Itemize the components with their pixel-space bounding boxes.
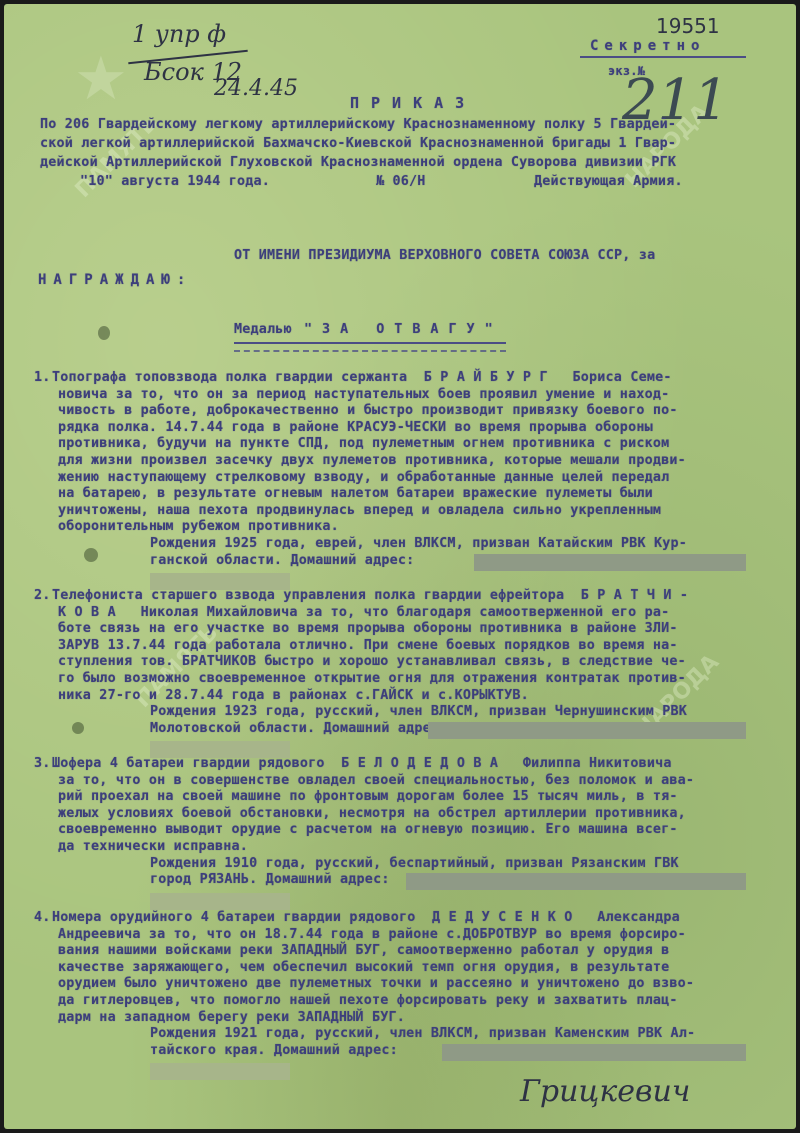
entry-number: 1. xyxy=(34,370,51,385)
entry-text-line: своевременно выводит орудие с расчетом н… xyxy=(58,822,678,837)
entry-text-line: К О В А Николая Михайловича за то, что б… xyxy=(58,605,669,620)
signature: Грицкевич xyxy=(520,1074,690,1109)
award-underline xyxy=(234,342,506,344)
redacted-address-continuation xyxy=(150,1063,290,1080)
secrecy-label: Секретно xyxy=(590,38,705,54)
entry-number: 4. xyxy=(34,910,51,925)
preamble-line: ОТ ИМЕНИ ПРЕЗИДИУМА ВЕРХОВНОГО СОВЕТА СО… xyxy=(234,248,655,263)
entry-text-line: рядка полка. 14.7.44 года в районе КРАСУ… xyxy=(58,420,653,435)
entry-text-line: Топографа топовзвода полка гвардии сержа… xyxy=(52,370,672,385)
entry-text-line: да гитлеровцев, что помогло нашей пехоте… xyxy=(58,993,678,1008)
secrecy-underline xyxy=(580,56,746,58)
redacted-address-continuation xyxy=(150,893,290,910)
entry-bio-line: город РЯЗАНЬ. Домашний адрес: xyxy=(150,872,390,887)
entry-bio-line: ганской области. Домашний адрес: xyxy=(150,553,414,568)
entry-bio-line: Рождения 1923 года, русский, член ВЛКСМ,… xyxy=(150,704,687,719)
entry-text-line: Телефониста старшего взвода управления п… xyxy=(52,588,688,603)
entry-text-line: Номера орудийного 4 батареи гвардии рядо… xyxy=(52,910,680,925)
entry-number: 2. xyxy=(34,588,51,603)
punch-hole xyxy=(72,722,84,734)
header-line: дейской Артиллерийской Глуховской Красно… xyxy=(40,155,676,170)
entry-bio-line: тайского края. Домашний адрес: xyxy=(150,1043,398,1058)
award-verb: НАГРАЖДАЮ: xyxy=(38,272,192,288)
entry-text-line: го было возможно своевременное открытие … xyxy=(58,671,686,686)
document-page: ★ ПАМЯТЬ НАРОДА ПАМЯТЬ НАРОДА 1 упр ф Бс… xyxy=(4,4,796,1129)
entry-text-line: оборонительным рубежом противника. xyxy=(58,519,339,534)
entry-text-line: жению наступающему стрелковому взводу, и… xyxy=(58,470,669,485)
entry-text-line: вания нашими войсками реки ЗАПАДНЫЙ БУГ,… xyxy=(58,943,669,958)
redacted-address xyxy=(474,554,746,571)
award-name: "ЗА ОТВАГУ" xyxy=(304,322,503,337)
entry-text-line: ЗАРУВ 13.7.44 года работала отлично. При… xyxy=(58,638,678,653)
entry-text-line: качестве заряжающего, чем обеспечил высо… xyxy=(58,960,669,975)
entry-text-line: дарм на западном берегу реки ЗАПАДНЫЙ БУ… xyxy=(58,1010,405,1025)
redacted-address xyxy=(428,722,746,739)
entry-text-line: ступления тов. БРАТЧИКОВ быстро и хорошо… xyxy=(58,654,686,669)
entry-text-line: желых условиях боевой обстановки, несмот… xyxy=(58,806,686,821)
entry-text-line: да технически исправна. xyxy=(58,839,248,854)
entry-text-line: рий проехал на своей машине по фронтовым… xyxy=(58,789,678,804)
entry-text-line: Андреевича за то, что он 18.7.44 года в … xyxy=(58,927,686,942)
copy-label: экз.№ xyxy=(608,64,645,78)
entry-text-line: на батарею, в результате огневым налетом… xyxy=(58,486,653,501)
redacted-address xyxy=(406,873,746,890)
watermark-star-icon: ★ xyxy=(74,44,128,114)
entry-number: 3. xyxy=(34,756,51,771)
entry-bio-line: Молотовской области. Домашний адрес: xyxy=(150,721,447,736)
punch-hole xyxy=(84,548,98,562)
order-location: Действующая Армия. xyxy=(534,174,683,189)
award-dashed-line xyxy=(234,350,506,352)
header-line: По 206 Гвардейскому легкому артиллерийск… xyxy=(40,117,676,132)
header-line: ской легкой артиллерийской Бахмачско-Кие… xyxy=(40,136,676,151)
entry-text-line: уничтожены, наша пехота продвинулась впе… xyxy=(58,503,661,518)
entry-text-line: чивость в работе, доброкачественно и быс… xyxy=(58,403,678,418)
order-date: "10" августа 1944 года. xyxy=(80,174,270,189)
entry-text-line: ника 27-го и 28.7.44 года в районах с.ГА… xyxy=(58,688,529,703)
order-number: № 06/Н xyxy=(376,174,426,189)
punch-hole xyxy=(98,326,110,340)
archive-number: 19551 xyxy=(656,14,720,38)
handwritten-file-ref-top: 1 упр ф xyxy=(132,20,226,48)
entry-text-line: орудием было уничтожено две пулеметных т… xyxy=(58,976,694,991)
entry-bio-line: Рождения 1910 года, русский, беспартийны… xyxy=(150,856,679,871)
entry-text-line: Шофера 4 батареи гвардии рядового Б Е Л … xyxy=(52,756,672,771)
entry-text-line: за то, что он в совершенстве овладел сво… xyxy=(58,773,694,788)
entry-text-line: боте связь на его участке во время проры… xyxy=(58,621,678,636)
entry-text-line: для жизни произвел засечку двух пулемето… xyxy=(58,453,686,468)
entry-bio-line: Рождения 1925 года, еврей, член ВЛКСМ, п… xyxy=(150,536,687,551)
handwritten-file-ref-number: 24.4.45 xyxy=(214,76,298,101)
redacted-address xyxy=(442,1044,746,1061)
entry-text-line: новича за то, что он за период наступате… xyxy=(58,387,669,402)
order-title: ПРИКАЗ xyxy=(350,94,476,112)
entry-bio-line: Рождения 1921 года, русский, член ВЛКСМ,… xyxy=(150,1026,695,1041)
entry-text-line: противника, будучи на пункте СПД, под пу… xyxy=(58,436,669,451)
award-prefix: Медалью xyxy=(234,322,292,337)
